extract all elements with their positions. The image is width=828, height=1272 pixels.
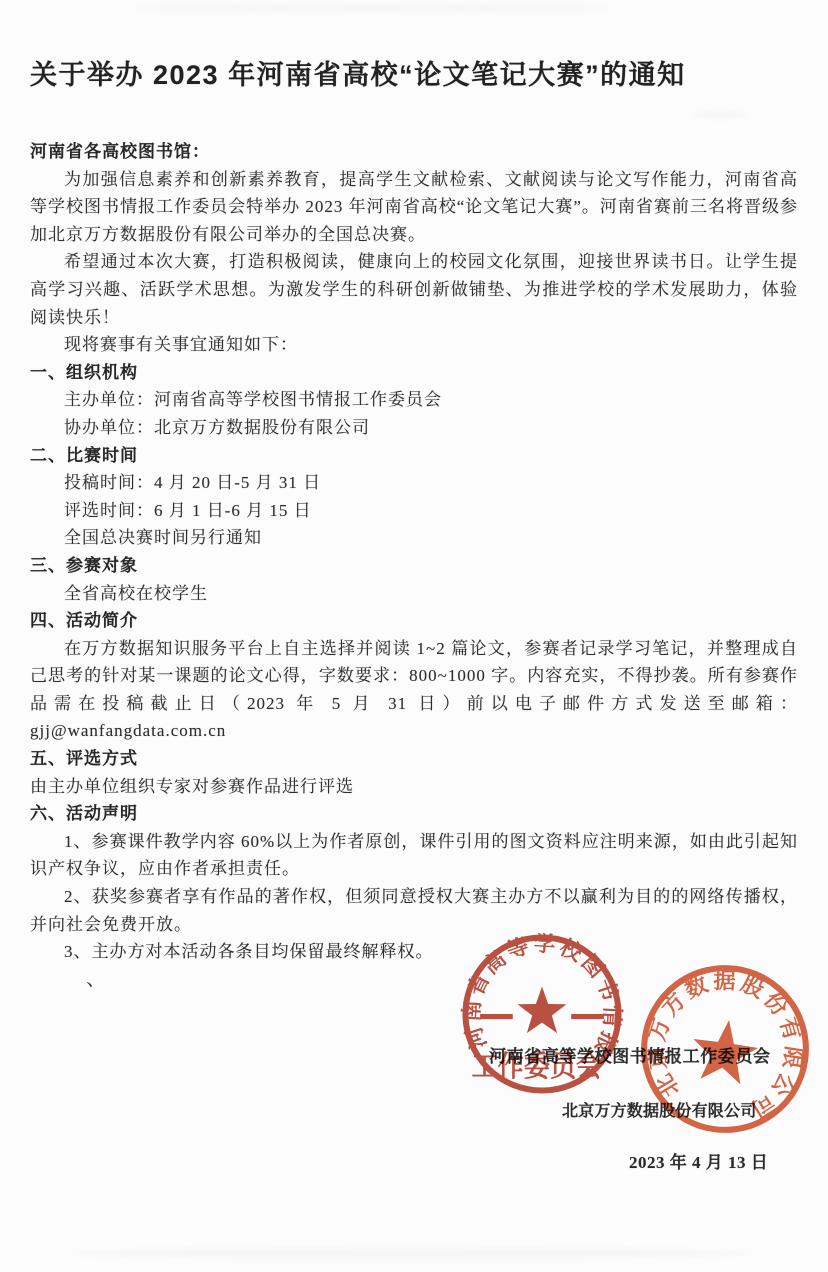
scan-artifact: [70, 1248, 750, 1258]
intro-paragraph-1: 为加强信息素养和创新素养教育，提高学生文献检索、文献阅读与论文写作能力，河南省高…: [30, 166, 798, 249]
section-item: 协办单位：北京万方数据股份有限公司: [30, 414, 798, 442]
section-heading-5: 五、评选方式: [30, 745, 798, 773]
notice-title: 关于举办 2023 年河南省高校“论文笔记大赛”的通知: [30, 58, 798, 92]
wanfang-company-seal-icon: 北京万方数据股份有限公司: [622, 946, 828, 1152]
section-item: 主办单位：河南省高等学校图书情报工作委员会: [30, 386, 798, 414]
document-body: 关于举办 2023 年河南省高校“论文笔记大赛”的通知 河南省各高校图书馆： 为…: [30, 58, 798, 966]
intro-paragraph-2: 希望通过本次大赛，打造积极阅读，健康向上的校园文化氛围，迎接世界读书日。让学生提…: [30, 248, 798, 331]
section-text: 由主办单位组织专家对参赛作品进行评选: [30, 773, 798, 801]
intro-paragraph-3: 现将赛事有关事宜通知如下：: [30, 331, 798, 359]
henan-committee-seal-icon: 河南省高等学校图书情报 工作委员会: [456, 928, 628, 1100]
closing-date: 2023 年 4 月 13 日: [629, 1148, 768, 1173]
seal-star-icon: [688, 1015, 761, 1086]
section-heading-4: 四、活动简介: [30, 607, 798, 635]
salutation: 河南省各高校图书馆：: [30, 138, 798, 166]
seal-bottom-text: 工作委员会: [471, 1050, 602, 1083]
section-heading-6: 六、活动声明: [30, 800, 798, 828]
section-heading-3: 三、参赛对象: [30, 552, 798, 580]
clause-2: 2、获奖参赛者享有作品的著作权，但须同意授权大赛主办方不以赢利为目的的网络传播权…: [30, 883, 798, 938]
seal-star-icon: [517, 986, 566, 1033]
section-item: 全国总决赛时间另行通知: [30, 524, 798, 552]
section-heading-1: 一、组织机构: [30, 359, 798, 387]
section-item: 投稿时间：4 月 20 日-5 月 31 日: [30, 469, 798, 497]
section-item: 全省高校在校学生: [30, 580, 798, 608]
clause-1: 1、参赛课件教学内容 60%以上为作者原创，课件引用的图文资料应注明来源，如由此…: [30, 828, 798, 883]
scan-artifact: [130, 4, 610, 12]
section-paragraph: 在万方数据知识服务平台上自主选择并阅读 1~2 篇论文，参赛者记录学习笔记，并整…: [30, 635, 798, 745]
stray-pen-mark: 、: [86, 962, 106, 991]
scanned-notice-page: 关于举办 2023 年河南省高校“论文笔记大赛”的通知 河南省各高校图书馆： 为…: [0, 0, 828, 1272]
section-item: 评选时间：6 月 1 日-6 月 15 日: [30, 497, 798, 525]
section-heading-2: 二、比赛时间: [30, 442, 798, 470]
